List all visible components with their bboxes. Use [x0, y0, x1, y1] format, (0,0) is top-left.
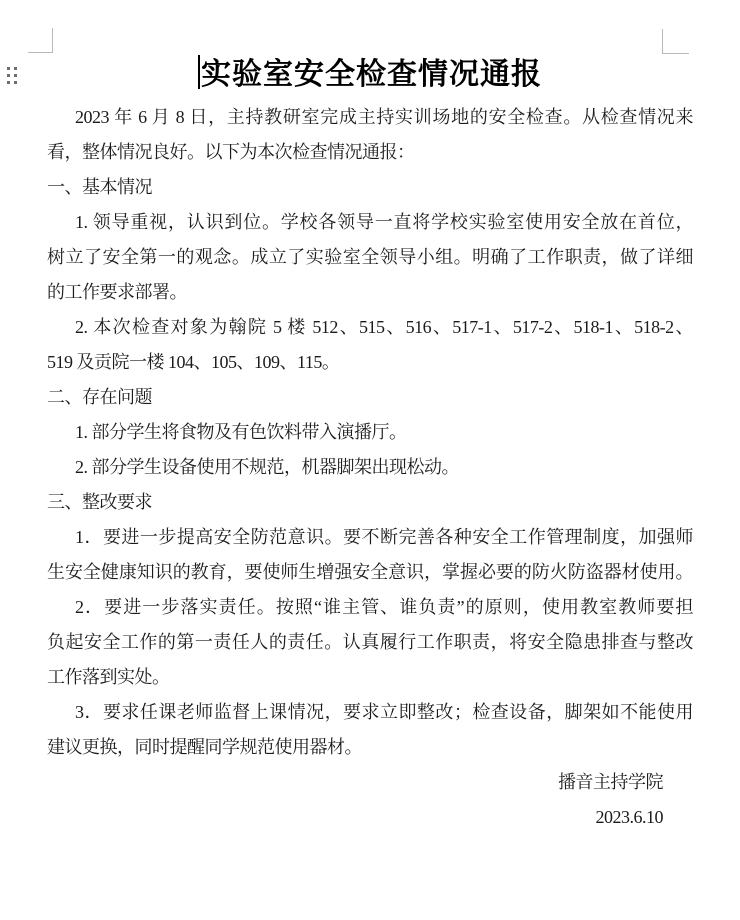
text-line[interactable]: 树立了安全第一的观念。成立了实验室全领导小组。明确了工作职责，做了详细: [47, 240, 693, 275]
text-line[interactable]: 负起安全工作的第一责任人的责任。认真履行工作职责，将安全隐患排查与整改: [47, 625, 693, 660]
signature-org[interactable]: 播音主持学院: [47, 765, 693, 800]
text-line[interactable]: 1. 部分学生将食物及有色饮料带入演播厅。: [47, 415, 693, 450]
section-heading-1[interactable]: 一、基本情况: [47, 170, 693, 205]
drag-handle-icon[interactable]: [7, 67, 17, 84]
section-heading-2[interactable]: 二、存在问题: [47, 380, 693, 415]
signature-date[interactable]: 2023.6.10: [47, 800, 693, 835]
text-line[interactable]: 1. 领导重视，认识到位。学校各领导一直将学校实验室使用安全放在首位，: [47, 205, 693, 240]
drag-dot: [14, 67, 17, 70]
drag-dot: [7, 74, 10, 77]
drag-dot: [14, 74, 17, 77]
text-line[interactable]: 2023 年 6 月 8 日，主持教研室完成主持实训场地的安全检查。从检查情况来: [47, 100, 693, 135]
document-body[interactable]: 2023 年 6 月 8 日，主持教研室完成主持实训场地的安全检查。从检查情况来…: [47, 100, 693, 835]
drag-dot: [14, 81, 17, 84]
text-line[interactable]: 生安全健康知识的教育，要使师生增强安全意识，掌握必要的防火防盗器材使用。: [47, 555, 693, 590]
text-line[interactable]: 519 及贡院一楼 104、105、109、115。: [47, 345, 693, 380]
text-line[interactable]: 看，整体情况良好。以下为本次检查情况通报：: [47, 135, 693, 170]
text-line[interactable]: 的工作要求部署。: [47, 275, 693, 310]
document-title: 实验室安全检查情况通报: [201, 58, 542, 91]
text-line[interactable]: 2. 部分学生设备使用不规范，机器脚架出现松动。: [47, 450, 693, 485]
drag-dot: [7, 67, 10, 70]
text-line[interactable]: 3．要求任课老师监督上课情况，要求立即整改；检查设备，脚架如不能使用: [47, 695, 693, 730]
section-heading-3[interactable]: 三、整改要求: [47, 485, 693, 520]
text-cursor: [198, 55, 200, 89]
text-line[interactable]: 建议更换，同时提醒同学规范使用器材。: [47, 730, 693, 765]
text-line[interactable]: 2．要进一步落实责任。按照“谁主管、谁负责”的原则，使用教室教师要担: [47, 590, 693, 625]
drag-dot: [7, 81, 10, 84]
text-line[interactable]: 2. 本次检查对象为翰院 5 楼 512、515、516、517-1、517-2…: [47, 310, 693, 345]
text-line[interactable]: 工作落到实处。: [47, 660, 693, 695]
document-title-line[interactable]: 实验室安全检查情况通报: [47, 52, 693, 98]
document-page[interactable]: 实验室安全检查情况通报 2023 年 6 月 8 日，主持教研室完成主持实训场地…: [0, 0, 740, 920]
text-line[interactable]: 1．要进一步提高安全防范意识。要不断完善各种安全工作管理制度，加强师: [47, 520, 693, 555]
margin-mark-top-right-icon: [662, 29, 689, 54]
margin-mark-top-left-icon: [28, 28, 53, 53]
